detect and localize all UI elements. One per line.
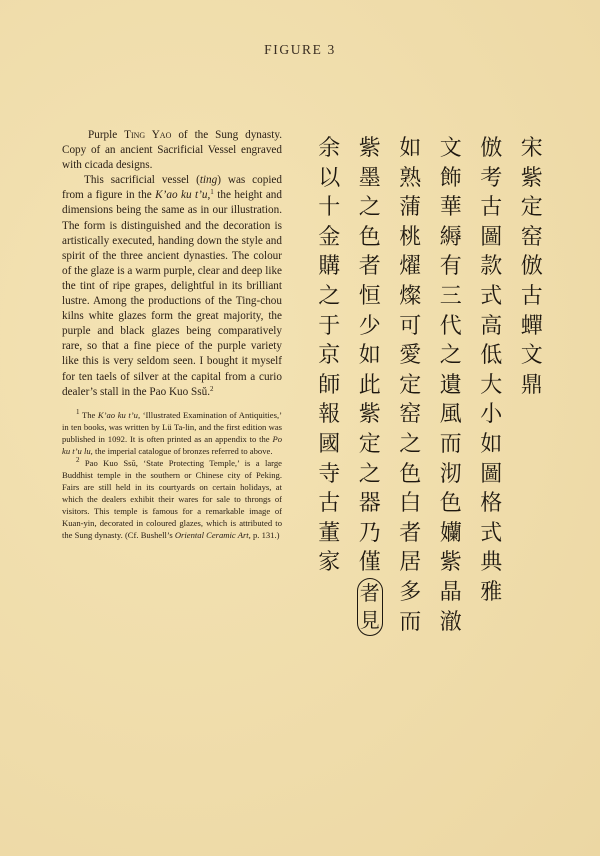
chinese-character: 窑 <box>399 400 421 430</box>
chinese-character: 倣 <box>521 252 543 282</box>
chinese-character: 墨 <box>359 164 381 194</box>
chinese-character: 紫 <box>359 134 381 164</box>
footnote-text: Pao Kuo Ssŭ, ‘State Protecting Temple,’ … <box>62 458 282 540</box>
chinese-column-4: 如熟蒲桃燿燦可愛定窑之色白者居多而 <box>390 134 431 634</box>
chinese-column-2: 倣考古圖款式高低大小如圖格式典雅 <box>471 134 512 634</box>
chinese-character: 文 <box>440 134 462 164</box>
footnotes: 1 The K’ao ku t’u, ‘Illustrated Examinat… <box>62 409 282 542</box>
chinese-character: 紫 <box>440 548 462 578</box>
chinese-character: 而 <box>399 608 421 638</box>
chinese-character: 家 <box>318 548 340 578</box>
chinese-character: 鼎 <box>521 371 543 401</box>
chinese-character: 可 <box>399 312 421 342</box>
chinese-vertical-text: 宋紫定窑倣古蟬文鼎倣考古圖款式高低大小如圖格式典雅文飾華縟有三代之遺風而沏色孏紫… <box>309 134 552 634</box>
chinese-character: 居 <box>399 548 421 578</box>
chinese-character: 器 <box>359 489 381 519</box>
chinese-character: 縟 <box>440 223 462 253</box>
chinese-character: 之 <box>399 430 421 460</box>
chinese-character: 于 <box>318 312 340 342</box>
body-paragraph: This sacrificial vessel (ting) was copie… <box>62 173 282 399</box>
footnote-text: The <box>80 410 98 420</box>
body-text: This sacrificial vessel ( <box>84 174 200 186</box>
chinese-character: 師 <box>318 371 340 401</box>
chinese-character: 如 <box>480 430 502 460</box>
chinese-character: 三 <box>440 282 462 312</box>
chinese-character: 遺 <box>440 371 462 401</box>
footnote-1: 1 The K’ao ku t’u, ‘Illustrated Examinat… <box>62 409 282 457</box>
chinese-character: 十 <box>318 193 340 223</box>
chinese-character: 國 <box>318 430 340 460</box>
chinese-character: 此 <box>359 371 381 401</box>
chinese-character: 宋 <box>521 134 543 164</box>
chinese-character: 華 <box>440 193 462 223</box>
footnote-italic: Oriental Ceramic Art, <box>175 530 251 540</box>
footnote-italic: K’ao ku t’u, <box>98 410 140 420</box>
chinese-character: 式 <box>480 282 502 312</box>
chinese-character: 蟬 <box>521 312 543 342</box>
chinese-character: 圖 <box>480 223 502 253</box>
caption-ting-yao: Ting Yao <box>124 129 171 141</box>
chinese-character: 孏 <box>440 519 462 549</box>
chinese-column-6: 余以十金購之于京師報國寺古董家 <box>309 134 350 634</box>
english-text-block: Purple Ting Yao of the Sung dynasty. Cop… <box>62 128 282 541</box>
chinese-character: 京 <box>318 341 340 371</box>
chinese-character: 白 <box>399 489 421 519</box>
footnote-text: p. 131.) <box>251 530 280 540</box>
chinese-character: 定 <box>399 371 421 401</box>
chinese-character: 熟 <box>399 164 421 194</box>
chinese-character: 之 <box>318 282 340 312</box>
chinese-character: 報 <box>318 400 340 430</box>
chinese-character: 乃 <box>359 519 381 549</box>
chinese-character: 代 <box>440 312 462 342</box>
chinese-character: 之 <box>359 460 381 490</box>
chinese-character: 典 <box>480 548 502 578</box>
chinese-character: 燿 <box>399 252 421 282</box>
chinese-character: 而 <box>440 430 462 460</box>
chinese-character: 定 <box>521 193 543 223</box>
chinese-character: 金 <box>318 223 340 253</box>
chinese-character: 倣 <box>480 134 502 164</box>
caption-lead: Purple <box>88 129 124 141</box>
chinese-character: 者 <box>359 252 381 282</box>
chinese-character: 古 <box>521 282 543 312</box>
chinese-character: 紫 <box>359 400 381 430</box>
body-italic-ting: ting <box>200 174 217 186</box>
chinese-character: 者 <box>399 519 421 549</box>
chinese-character: 桃 <box>399 223 421 253</box>
chinese-character: 格 <box>480 489 502 519</box>
chinese-character: 風 <box>440 400 462 430</box>
chinese-character: 之 <box>440 341 462 371</box>
chinese-character: 之 <box>359 193 381 223</box>
chinese-character: 購 <box>318 252 340 282</box>
chinese-character: 考 <box>480 164 502 194</box>
circled-annotation: 者見 <box>357 578 383 636</box>
chinese-character: 僅 <box>359 548 381 578</box>
chinese-character: 色 <box>399 460 421 490</box>
chinese-character: 高 <box>480 312 502 342</box>
chinese-character: 寺 <box>318 460 340 490</box>
chinese-character: 者 <box>360 580 380 607</box>
chinese-character: 如 <box>359 341 381 371</box>
chinese-character: 小 <box>480 400 502 430</box>
body-italic-title: K’ao ku t’u, <box>155 189 210 201</box>
chinese-character: 澈 <box>440 608 462 638</box>
chinese-character: 董 <box>318 519 340 549</box>
chinese-character: 恒 <box>359 282 381 312</box>
chinese-character: 愛 <box>399 341 421 371</box>
chinese-character: 低 <box>480 341 502 371</box>
footnote-2: 2 Pao Kuo Ssŭ, ‘State Protecting Temple,… <box>62 457 282 541</box>
chinese-character: 圖 <box>480 460 502 490</box>
body-text: the height and dimensions being the same… <box>62 189 282 397</box>
chinese-character: 文 <box>521 341 543 371</box>
footnote-ref-2[interactable]: 2 <box>210 385 214 393</box>
chinese-character: 余 <box>318 134 340 164</box>
chinese-character: 色 <box>359 223 381 253</box>
chinese-character: 以 <box>318 164 340 194</box>
chinese-character: 古 <box>318 489 340 519</box>
page-title: FIGURE 3 <box>0 42 600 58</box>
footnote-text: the imperial catalogue of bronzes referr… <box>93 446 273 456</box>
chinese-character: 紫 <box>521 164 543 194</box>
chinese-character: 沏 <box>440 460 462 490</box>
caption-paragraph: Purple Ting Yao of the Sung dynasty. Cop… <box>62 128 282 173</box>
chinese-character: 色 <box>440 489 462 519</box>
chinese-character: 古 <box>480 193 502 223</box>
chinese-character: 有 <box>440 252 462 282</box>
chinese-character: 多 <box>399 578 421 608</box>
chinese-column-5: 紫墨之色者恒少如此紫定之器乃僅者見 <box>350 134 391 634</box>
chinese-character: 大 <box>480 371 502 401</box>
chinese-character: 燦 <box>399 282 421 312</box>
chinese-character: 定 <box>359 430 381 460</box>
chinese-character: 少 <box>359 312 381 342</box>
chinese-column-3: 文飾華縟有三代之遺風而沏色孏紫晶澈 <box>431 134 472 634</box>
chinese-character: 式 <box>480 519 502 549</box>
chinese-character: 雅 <box>480 578 502 608</box>
chinese-character: 見 <box>360 607 380 634</box>
chinese-character: 窑 <box>521 223 543 253</box>
chinese-column-1: 宋紫定窑倣古蟬文鼎 <box>512 134 553 634</box>
chinese-character: 蒲 <box>399 193 421 223</box>
chinese-character: 飾 <box>440 164 462 194</box>
chinese-character: 如 <box>399 134 421 164</box>
chinese-character: 晶 <box>440 578 462 608</box>
chinese-character: 款 <box>480 252 502 282</box>
main-text: Purple Ting Yao of the Sung dynasty. Cop… <box>62 128 282 400</box>
